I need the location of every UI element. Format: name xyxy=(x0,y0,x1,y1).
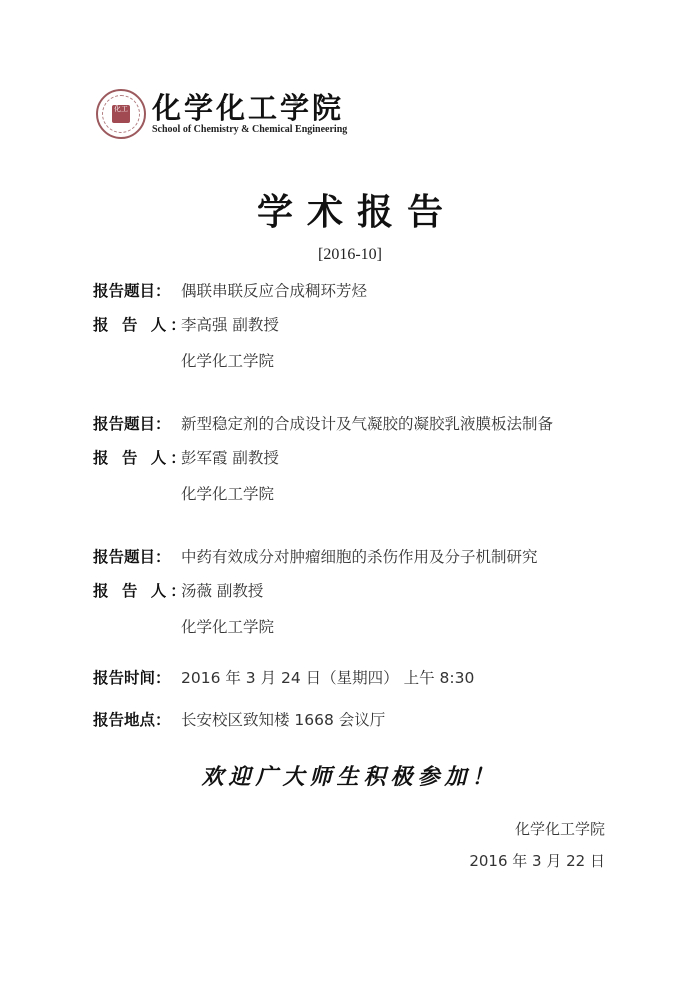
location-value: 长安校区致知楼 1668 会议厅 xyxy=(181,711,385,729)
page-title: 学术报告 xyxy=(0,184,700,235)
report-3-affiliation: 化学化工学院 xyxy=(181,615,274,637)
topic-label: 报告题目： xyxy=(93,547,181,567)
time-label: 报告时间： xyxy=(93,668,181,688)
issue-number: [2016-10] xyxy=(0,246,700,264)
topic-value: 偶联串联反应合成稠环芳烃 xyxy=(181,282,367,300)
school-seal-icon: 化工 xyxy=(96,89,146,139)
seal-stamp: 化工 xyxy=(112,105,130,123)
report-time: 报告时间：2016 年 3 月 24 日（星期四） 上午 8:30 xyxy=(93,668,474,688)
topic-value: 中药有效成分对肿瘤细胞的杀伤作用及分子机制研究 xyxy=(181,548,538,566)
speaker-value: 彭军霞 副教授 xyxy=(181,449,279,467)
school-name-en: School of Chemistry & Chemical Engineeri… xyxy=(152,124,347,136)
report-1-affiliation: 化学化工学院 xyxy=(181,349,274,371)
logo-mini-mark: 文理 xyxy=(292,96,299,106)
signature-org: 化学化工学院 xyxy=(515,818,605,839)
topic-label: 报告题目： xyxy=(93,414,181,434)
signature-date: 2016 年 3 月 22 日 xyxy=(469,850,605,871)
logo-text: 化学化工学院 School of Chemistry & Chemical En… xyxy=(152,92,347,136)
location-label: 报告地点： xyxy=(93,710,181,730)
time-value: 2016 年 3 月 24 日（星期四） 上午 8:30 xyxy=(181,669,474,687)
report-2-affiliation: 化学化工学院 xyxy=(181,482,274,504)
report-1-speaker: 报 告 人：李高强 副教授 xyxy=(93,315,279,335)
speaker-label: 报 告 人： xyxy=(93,315,181,335)
report-3-topic: 报告题目：中药有效成分对肿瘤细胞的杀伤作用及分子机制研究 xyxy=(93,547,538,567)
school-name-cn: 化学化工学院 xyxy=(152,92,347,124)
topic-value: 新型稳定剂的合成设计及气凝胶的凝胶乳液膜板法制备 xyxy=(181,415,553,433)
speaker-value: 李高强 副教授 xyxy=(181,316,279,334)
report-1-topic: 报告题目：偶联串联反应合成稠环芳烃 xyxy=(93,281,367,301)
speaker-label: 报 告 人： xyxy=(93,581,181,601)
topic-label: 报告题目： xyxy=(93,281,181,301)
report-2-topic: 报告题目：新型稳定剂的合成设计及气凝胶的凝胶乳液膜板法制备 xyxy=(93,414,553,434)
speaker-label: 报 告 人： xyxy=(93,448,181,468)
welcome-message: 欢迎广大师生积极参加！ xyxy=(0,760,700,791)
report-2-speaker: 报 告 人：彭军霞 副教授 xyxy=(93,448,279,468)
school-logo: 化工 化学化工学院 School of Chemistry & Chemical… xyxy=(96,86,347,142)
speaker-value: 汤薇 副教授 xyxy=(181,582,263,600)
report-3-speaker: 报 告 人：汤薇 副教授 xyxy=(93,581,263,601)
report-location: 报告地点：长安校区致知楼 1668 会议厅 xyxy=(93,710,385,730)
